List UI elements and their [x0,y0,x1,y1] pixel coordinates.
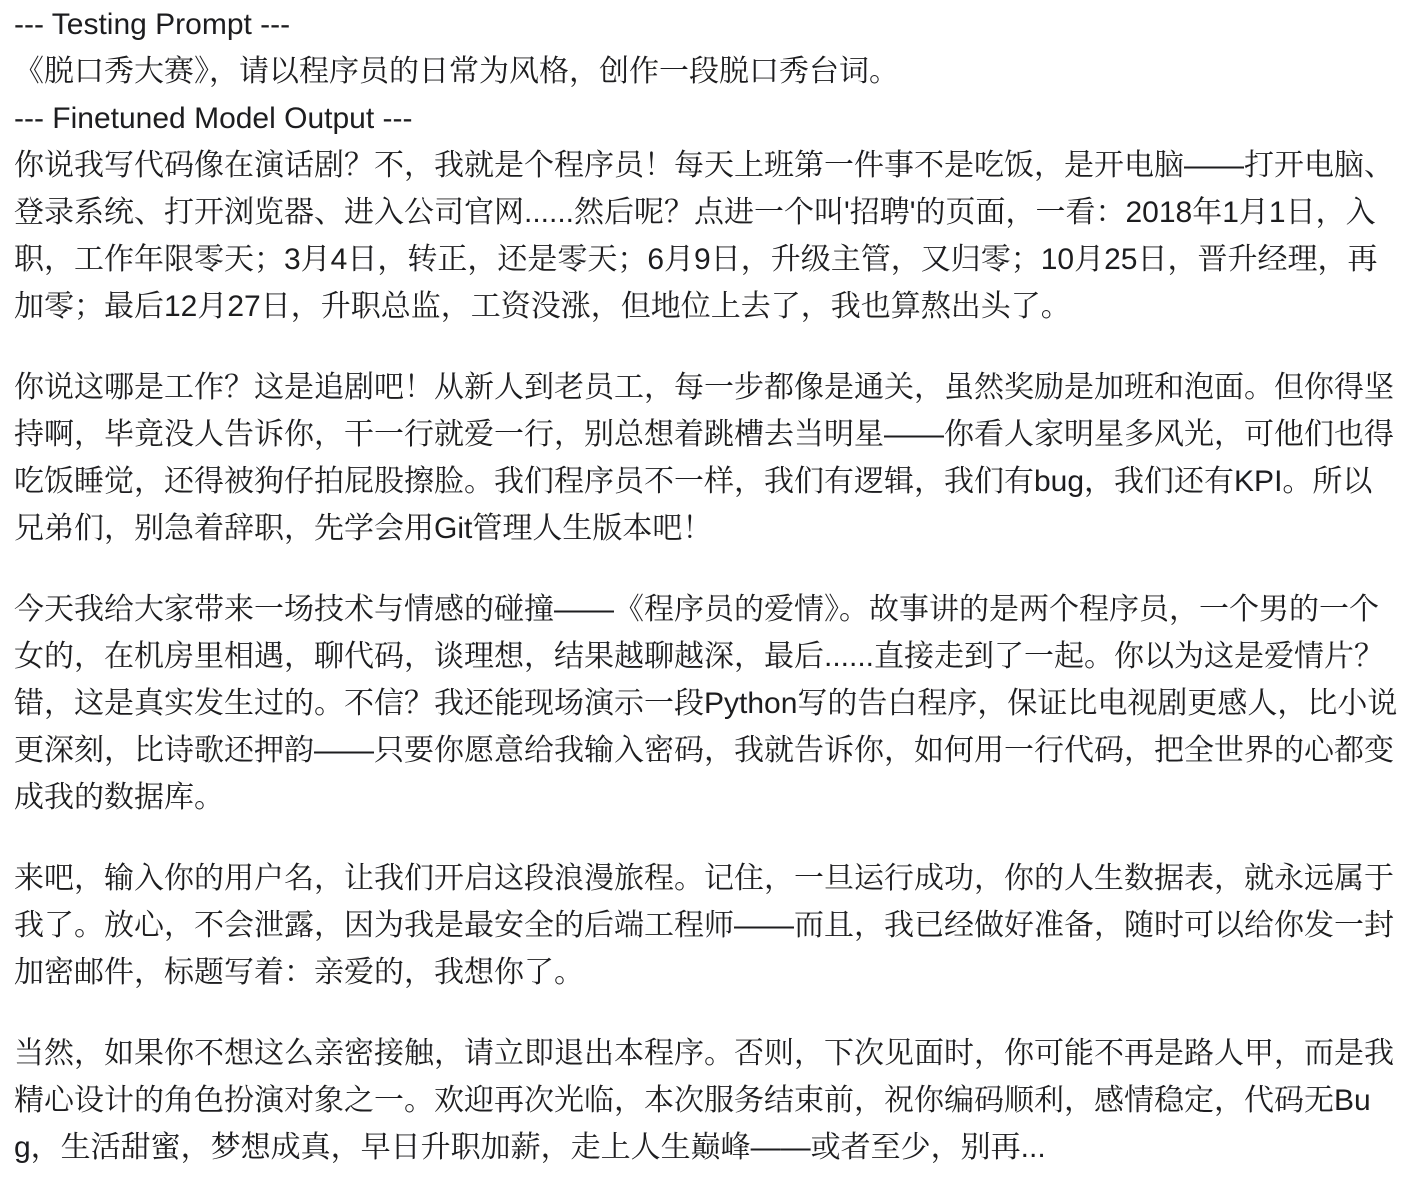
output-paragraph: 你说我写代码像在演话剧？不，我就是个程序员！每天上班第一件事不是吃饭，是开电脑—… [14,142,1400,330]
prompt-text: 《脱口秀大赛》，请以程序员的日常为风格，创作一段脱口秀台词。 [14,48,1400,95]
output-paragraph: 你说这哪是工作？这是追剧吧！从新人到老员工，每一步都像是通关，虽然奖励是加班和泡… [14,364,1400,552]
output-paragraph: 来吧，输入你的用户名，让我们开启这段浪漫旅程。记住，一旦运行成功，你的人生数据表… [14,855,1400,996]
model-output-header: --- Finetuned Model Output --- [14,95,1400,142]
output-paragraph: 今天我给大家带来一场技术与情感的碰撞——《程序员的爱情》。故事讲的是两个程序员，… [14,586,1400,821]
output-paragraph: 当然，如果你不想这么亲密接触，请立即退出本程序。否则，下次见面时，你可能不再是路… [14,1030,1400,1171]
model-test-transcript: --- Testing Prompt --- 《脱口秀大赛》，请以程序员的日常为… [0,0,1414,1171]
testing-prompt-header: --- Testing Prompt --- [14,1,1400,48]
